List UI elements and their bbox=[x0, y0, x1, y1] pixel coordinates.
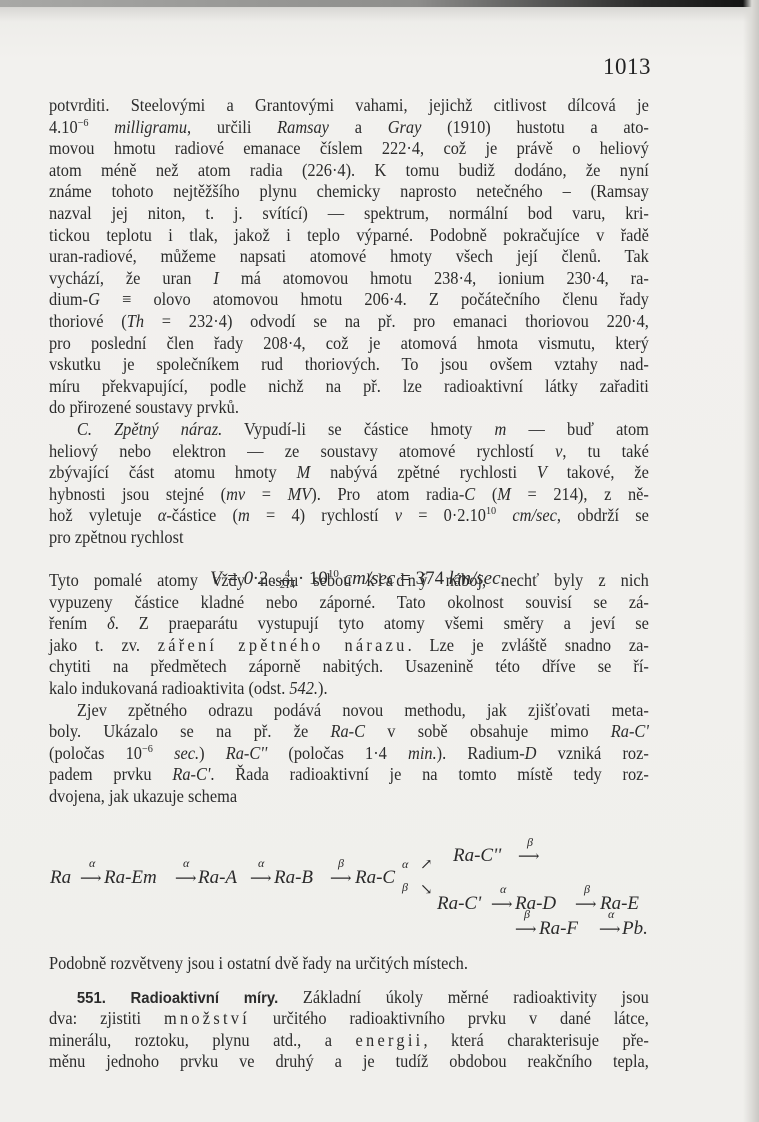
text-line: dium-G ≡ olovo atomovou hmotu 206·4. Z p… bbox=[49, 289, 649, 311]
arrow-right-icon: ⟶ bbox=[575, 895, 597, 914]
text-line: dva: zjistiti množství určitého radioakt… bbox=[49, 1008, 649, 1030]
schema-node-ra-c-prime: Ra-C' bbox=[437, 893, 481, 915]
arrow-label: α bbox=[608, 907, 614, 922]
text-line: jako t. zv. záření zpětného nárazu. Lze … bbox=[49, 635, 649, 657]
text-line: potvrditi. Steelovými a Grantovými vaham… bbox=[49, 95, 649, 117]
section-551-heading-line: 551. Radioaktivní míry. Základní úkoly m… bbox=[49, 987, 649, 1009]
text-line: thoriové (Th = 232·4) odvodí se na př. p… bbox=[49, 311, 649, 333]
lower-text: Podobně rozvětveny jsou i ostatní dvě řa… bbox=[49, 953, 649, 1073]
schema-node-ra-d: Ra-D bbox=[515, 893, 556, 915]
main-text: potvrditi. Steelovými a Grantovými vaham… bbox=[49, 95, 649, 808]
arrow-right-icon: ⟶ bbox=[330, 869, 352, 888]
text-line: chytiti na předmětech záporně nabitých. … bbox=[49, 656, 649, 678]
text-line: kalo indukovaná radioaktivita (odst. 542… bbox=[49, 678, 649, 700]
schema-node-pb: Pb. bbox=[622, 918, 648, 940]
page-number: 1013 bbox=[603, 54, 651, 80]
arrow-label: α bbox=[183, 856, 189, 871]
section-heading-line: C. Zpětný náraz. Vypudí-li se částice hm… bbox=[49, 419, 649, 441]
arrow-right-icon: ⟶ bbox=[599, 920, 621, 939]
text-line: Zjev zpětného odrazu podává novou method… bbox=[49, 700, 649, 722]
text-line: vychází, že uran I má atomovou hmotu 238… bbox=[49, 268, 649, 290]
scanned-page: 1013 potvrditi. Steelovými a Grantovými … bbox=[0, 0, 759, 1122]
recoil-velocity-formula: V = 0·2 .4214· 1010 cm/sec = 374 km/sec. bbox=[210, 568, 505, 591]
spaced-emphasis: množství bbox=[164, 1008, 250, 1028]
arrow-label: β bbox=[584, 882, 590, 897]
page-top-edge-shadow bbox=[0, 0, 759, 7]
text-line: známe tohoto nejtěžšího plynu chemicky n… bbox=[49, 181, 649, 203]
schema-node-ra-b: Ra-B bbox=[274, 867, 313, 889]
branch-label-lower: β bbox=[402, 880, 408, 895]
text-line: hož vyletuje α-částice (m = 4) rychlostí… bbox=[49, 505, 649, 527]
section-label: C. bbox=[77, 419, 92, 439]
paragraph-3: Zjev zpětného odrazu podává novou method… bbox=[49, 700, 649, 808]
arrow-label: β bbox=[338, 856, 344, 871]
spaced-emphasis: energii bbox=[356, 1030, 424, 1050]
text-line: (poločas 10−6 sec.) Ra-C'' (poločas 1·4 … bbox=[49, 743, 649, 765]
schema-node-ra-a: Ra-A bbox=[198, 867, 237, 889]
text-line: tickou teplotu i tlak, jakož i teplo výp… bbox=[49, 225, 649, 247]
arrow-down-right-icon: ↘ bbox=[420, 880, 433, 899]
arrow-right-icon: ⟶ bbox=[80, 869, 102, 888]
section-c-zpetny-naraz: C. Zpětný náraz. Vypudí-li se částice hm… bbox=[49, 419, 649, 570]
text-line: pro zpětnou rychlost bbox=[49, 527, 649, 549]
branch-label-upper: α bbox=[402, 857, 408, 872]
arrow-right-icon: ⟶ bbox=[515, 920, 537, 939]
arrow-right-icon: ⟶ bbox=[175, 869, 197, 888]
fraction: 4214 bbox=[280, 570, 295, 591]
text-line: měnu jednoho prvku ve druhý a je tudíž o… bbox=[49, 1051, 649, 1073]
paragraph-4: Podobně rozvětveny jsou i ostatní dvě řa… bbox=[49, 953, 649, 975]
arrow-label: α bbox=[89, 856, 95, 871]
text-line: nazval jej niton, t. j. svítící) — spekt… bbox=[49, 203, 649, 225]
text-line: minerálu, roztoku, plynu atd., a energii… bbox=[49, 1030, 649, 1052]
arrow-label: β bbox=[527, 835, 533, 850]
section-title: Zpětný náraz. bbox=[114, 419, 222, 439]
arrow-up-right-icon: ↗ bbox=[420, 855, 433, 874]
arrow-right-icon: ⟶ bbox=[518, 847, 540, 866]
arrow-label: α bbox=[500, 882, 506, 897]
schema-node-ra-em: Ra-Em bbox=[104, 867, 157, 889]
text-line: vypuzeny částice kladné nebo záporné. Ta… bbox=[49, 592, 649, 614]
section-number: 551. bbox=[77, 990, 106, 1007]
text-line: pro poslední člen řady 208·4, což je ato… bbox=[49, 333, 649, 355]
page-right-edge-shadow bbox=[743, 0, 759, 1122]
spaced-emphasis: záření zpětného nárazu bbox=[158, 635, 408, 655]
arrow-right-icon: ⟶ bbox=[250, 869, 272, 888]
schema-node-ra-c-double-prime: Ra-C'' bbox=[453, 845, 501, 867]
schema-node-ra-f: Ra-F bbox=[539, 918, 578, 940]
arrow-right-icon: ⟶ bbox=[491, 895, 513, 914]
paragraph-gap bbox=[49, 975, 649, 987]
text-line: 4.10−6 milligramu, určili Ramsay a Gray … bbox=[49, 117, 649, 139]
text-line: hybnosti jsou stejné (mv = MV). Pro atom… bbox=[49, 484, 649, 506]
formula-spacer bbox=[49, 548, 649, 570]
arrow-label: α bbox=[258, 856, 264, 871]
schema-node-ra-e: Ra-E bbox=[600, 893, 639, 915]
text-line: do přirozené soustavy prvků. bbox=[49, 397, 649, 419]
text-line: heliový nebo elektron — ze soustavy atom… bbox=[49, 441, 649, 463]
section-title: Radioaktivní míry. bbox=[131, 990, 279, 1007]
text-line: boly. Ukázalo se na př. že Ra-C v sobě o… bbox=[49, 721, 649, 743]
text-line: řením δ. Z praeparátu vystupují tyto ato… bbox=[49, 613, 649, 635]
schema-node-ra-c: Ra-C bbox=[355, 867, 395, 889]
text-line: uran-radiové, můžeme napsati atomové hmo… bbox=[49, 246, 649, 268]
text-line: padem prvku Ra-C'. Řada radioaktivní je … bbox=[49, 764, 649, 786]
text-line: movou hmotu radiové emanace číslem 222·4… bbox=[49, 138, 649, 160]
text-line: atom méně než atom radia (226·4). K tomu… bbox=[49, 160, 649, 182]
text-line: míru překvapující, podle nichž na př. lz… bbox=[49, 376, 649, 398]
text-line: vskutku je společníkem rud thoriových. T… bbox=[49, 354, 649, 376]
arrow-label: β bbox=[524, 907, 530, 922]
text-line: dvojena, jak ukazuje schema bbox=[49, 786, 649, 808]
text-line: zbývající část atomu hmoty M nabývá zpět… bbox=[49, 462, 649, 484]
schema-node-ra: Ra bbox=[50, 867, 71, 889]
paragraph-1: potvrditi. Steelovými a Grantovými vaham… bbox=[49, 95, 649, 419]
